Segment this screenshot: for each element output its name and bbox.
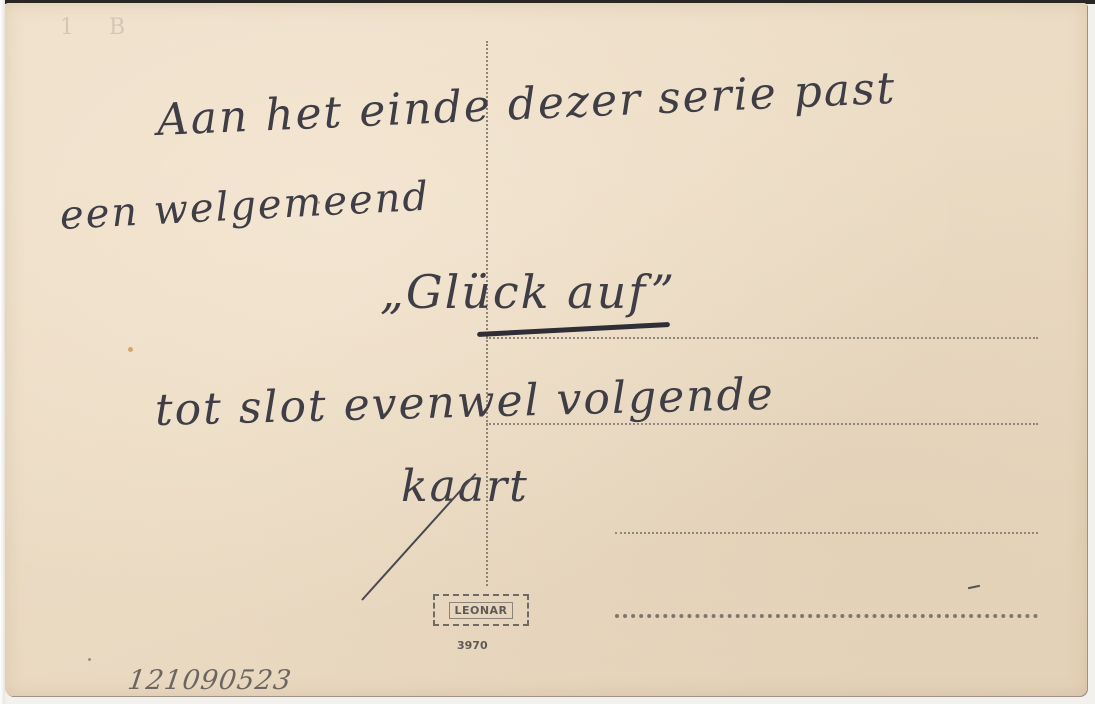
address-line-4 xyxy=(615,614,1038,618)
handwritten-line-3: „Glück auf” xyxy=(380,265,676,319)
stray-pen-mark xyxy=(968,585,980,589)
faint-pencil-mark: 1 B xyxy=(60,15,139,40)
address-line-1 xyxy=(486,337,1038,339)
publisher-stamp-number: 3970 xyxy=(457,639,488,652)
foxing-spot xyxy=(88,658,91,661)
handwritten-line-1: Aan het einde dezer serie past xyxy=(156,63,897,146)
handwritten-line-2: een welgemeend xyxy=(59,174,431,239)
address-line-3 xyxy=(615,532,1038,534)
foxing-spot xyxy=(317,201,320,204)
handwritten-line-4: tot slot evenwel volgende xyxy=(154,369,775,436)
publisher-stamp-label: LEONAR xyxy=(449,602,512,619)
foxing-spot xyxy=(128,347,133,352)
postcard-back: 1 B Aan het einde dezer serie past een w… xyxy=(5,3,1087,696)
publisher-stamp: LEONAR xyxy=(433,594,529,626)
pencil-inventory-number: 121090523 xyxy=(126,665,294,696)
ink-underline xyxy=(477,322,670,337)
